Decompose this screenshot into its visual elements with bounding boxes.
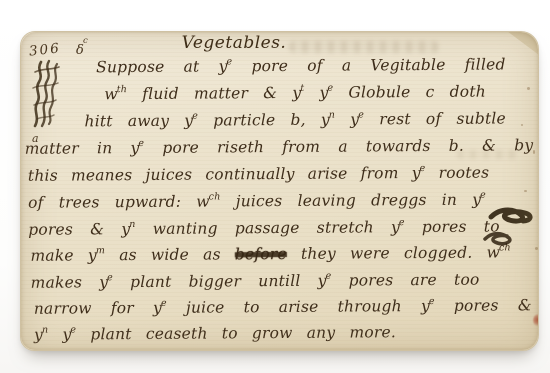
text-token: plant bigger untill y bbox=[113, 272, 327, 291]
text-token: pores are too bbox=[331, 271, 479, 290]
text-token: rootes bbox=[425, 164, 489, 182]
text-token: wanting passage stretch y bbox=[136, 218, 400, 238]
text-token: plant ceaseth to grow any more. bbox=[76, 323, 396, 343]
manuscript-photo: 306 c δ a Vegetables. Suppose at ye pore… bbox=[0, 0, 550, 373]
text-token: rest of subtle bbox=[364, 109, 506, 128]
edge-fleck bbox=[524, 190, 527, 192]
text-token: juice to arise through y bbox=[167, 297, 430, 317]
superscript-token: ch bbox=[209, 191, 221, 202]
text-token: Suppose at y bbox=[96, 57, 228, 76]
manuscript-line: of trees upward: wch juices leaving dreg… bbox=[28, 190, 486, 212]
manuscript-line: matter in ye pore riseth from a towards … bbox=[25, 135, 534, 158]
text-token: Globule c doth bbox=[333, 83, 486, 102]
manuscript-line: wth fluid matter & yt ye Globule c doth bbox=[104, 82, 486, 104]
manuscript-line: makes ye plant bigger untill ye pores ar… bbox=[31, 270, 480, 292]
text-token: pore riseth from a towards b. & by bbox=[144, 136, 533, 157]
red-stain bbox=[533, 314, 539, 327]
text-token: they were clogged. w bbox=[287, 243, 500, 262]
manuscript-lines: Suppose at ye pore of a Vegitable filled… bbox=[20, 31, 539, 351]
blotted-word: before bbox=[235, 245, 287, 263]
text-token: fluid matter & y bbox=[127, 84, 301, 103]
edge-fleck bbox=[533, 150, 535, 154]
ink-scribble-icon bbox=[481, 201, 539, 253]
edge-fleck bbox=[527, 87, 530, 90]
superscript-token: e bbox=[480, 190, 486, 201]
manuscript-line: make ym as wide as before they were clog… bbox=[30, 242, 511, 264]
notebook-page: 306 c δ a Vegetables. Suppose at ye pore… bbox=[20, 31, 539, 351]
text-token: y bbox=[304, 84, 328, 102]
manuscript-line: Suppose at ye pore of a Vegitable filled bbox=[96, 54, 506, 76]
text-token: pores & bbox=[435, 296, 532, 315]
manuscript-line: narrow for ye juice to arise through ye … bbox=[34, 295, 532, 317]
edge-fleck bbox=[535, 247, 538, 250]
manuscript-line: pores & yn wanting passage stretch ye po… bbox=[28, 216, 500, 238]
manuscript-line: this meanes juices continually arise fro… bbox=[28, 163, 490, 185]
text-token: of trees upward: w bbox=[28, 192, 210, 211]
text-token: y bbox=[48, 325, 71, 343]
text-token: makes y bbox=[31, 273, 109, 292]
edge-fleck bbox=[521, 124, 523, 126]
text-token: pores & y bbox=[28, 220, 130, 239]
text-token: narrow for y bbox=[34, 299, 162, 318]
text-token: as wide as bbox=[105, 245, 235, 264]
superscript-token: th bbox=[117, 84, 127, 95]
text-token: y bbox=[335, 110, 359, 128]
text-token: hitt away y bbox=[84, 112, 193, 131]
text-token: this meanes juices continually arise fro… bbox=[28, 164, 421, 185]
superscript-token: m bbox=[96, 245, 105, 256]
text-token: pore of a Vegitable filled bbox=[232, 55, 505, 75]
manuscript-line: hitt away ye particle b, yn ye rest of s… bbox=[84, 108, 506, 130]
text-token: matter in y bbox=[25, 139, 140, 158]
text-token: particle b, y bbox=[198, 111, 330, 130]
text-token: juices leaving dreggs in y bbox=[220, 191, 481, 211]
text-token: make y bbox=[30, 246, 97, 264]
manuscript-line: yn ye plant ceaseth to grow any more. bbox=[34, 322, 396, 344]
